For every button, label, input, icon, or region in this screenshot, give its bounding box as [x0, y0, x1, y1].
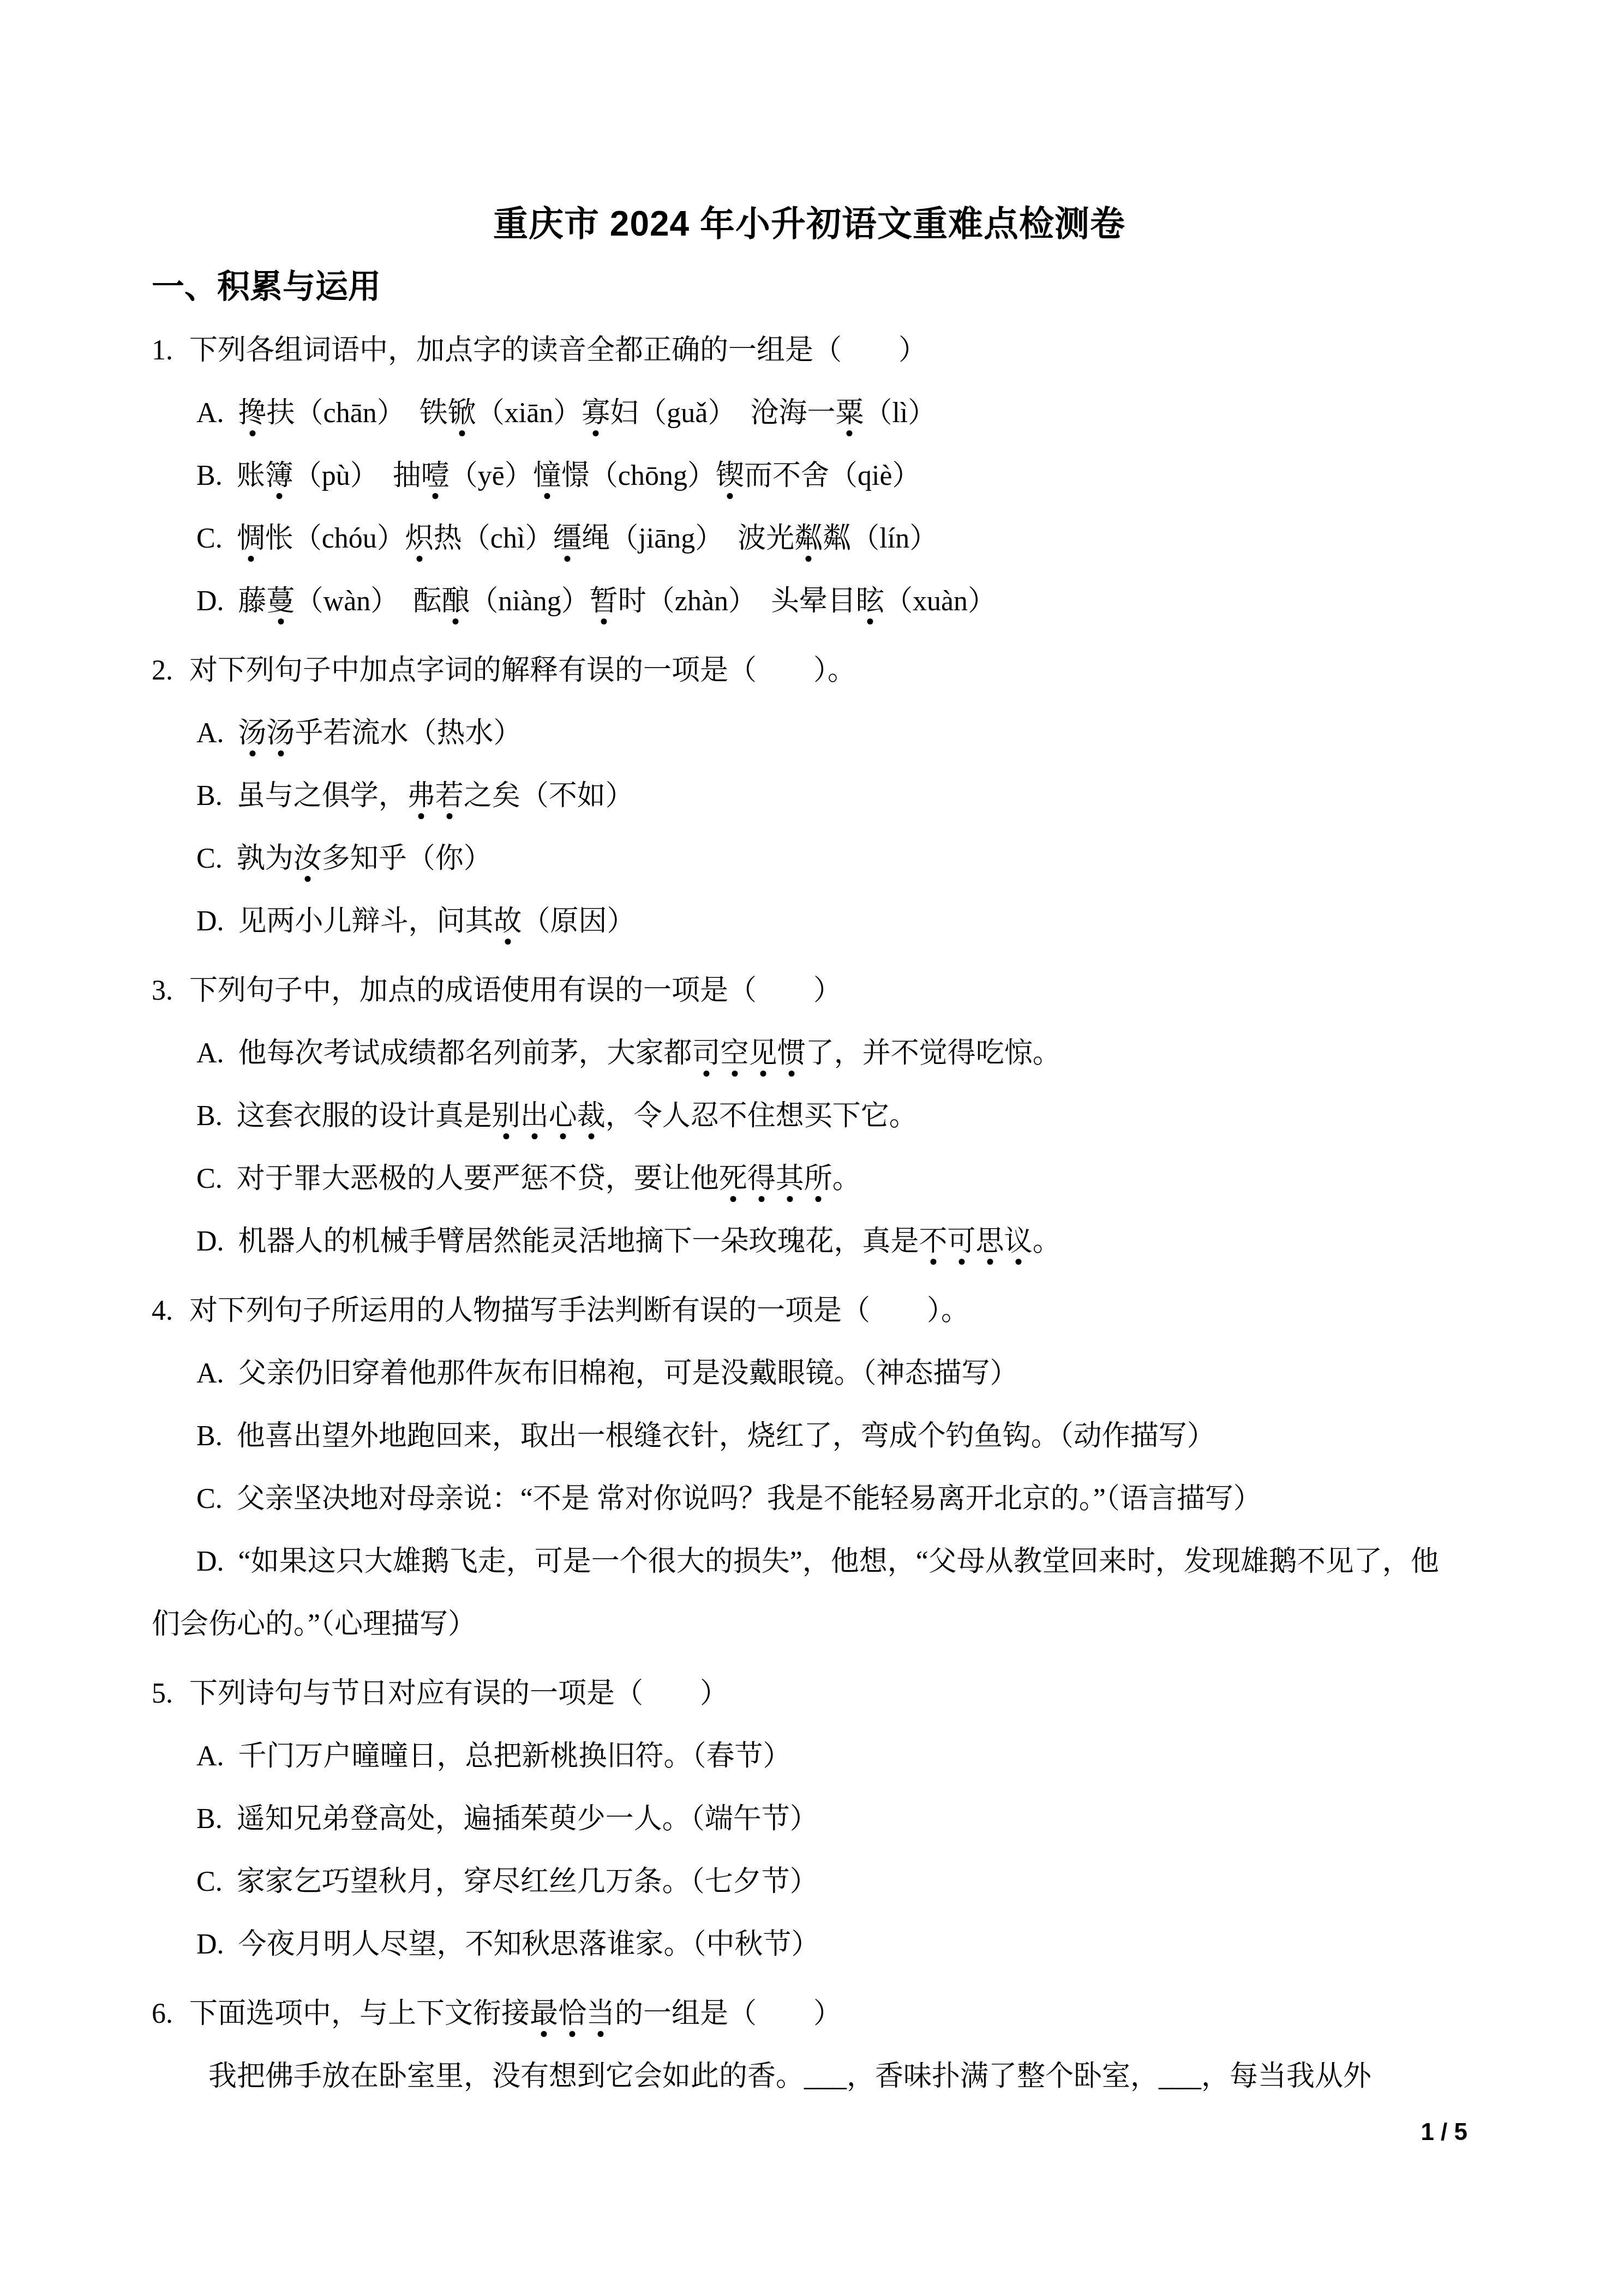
text-segment: 虽与之俱学，: [237, 780, 407, 812]
option-label: C.: [196, 1866, 223, 1897]
question-stem: 2.对下列句子中加点字词的解释有误的一项是（ ）。: [152, 639, 1467, 702]
question-stem: 5.下列诗句与节日对应有误的一项是（ ）: [152, 1662, 1467, 1725]
option-text: 藤蔓（wàn） 酝酿（niàng）暂时（zhàn） 头晕目眩（xuàn）: [238, 586, 997, 617]
option-text: “如果这只大雄鹅飞走，可是一个很大的损失”，他想，“父母从教堂回来时，发现雄鹅不…: [152, 1546, 1439, 1640]
option-text: 遥知兄弟登高处，遍插茱萸少一人。（端午节）: [237, 1804, 818, 1835]
text-segment: 对下列句子所运用的人物描写手法判断有误的一项是（ ）。: [189, 1295, 969, 1326]
text-segment: 下列句子中，加点的成语使用有误的一项是（ ）: [189, 975, 842, 1006]
emphasized-char: 思: [976, 1226, 1004, 1257]
text-segment: 父亲仍旧穿着他那件灰布旧棉袍，可是没戴眼镜。（神态描写）: [238, 1358, 1018, 1389]
question-number: 1.: [152, 335, 173, 366]
emphasized-char: 最: [530, 1998, 558, 2029]
question-block: 5.下列诗句与节日对应有误的一项是（ ） A.千门万户曈曈日，总把新桃换旧符。（…: [152, 1662, 1467, 1976]
emphasized-char: 其: [776, 1163, 804, 1194]
text-segment: 时（zhàn） 头晕目: [618, 586, 856, 617]
text-segment: 遥知兄弟登高处，遍插茱萸少一人。（端午节）: [237, 1804, 818, 1835]
question-block: 2.对下列句子中加点字词的解释有误的一项是（ ）。 A.汤汤乎若流水（热水）B.…: [152, 639, 1467, 953]
option-label: D.: [196, 1226, 224, 1257]
option-text: 父亲坚决地对母亲说：“不是 常对你说吗？我是不能轻易离开北京的。”（语言描写）: [237, 1483, 1262, 1514]
emphasized-char: 蔓: [267, 586, 295, 617]
text-segment: （xiān）: [476, 398, 582, 429]
option-label: C.: [196, 1163, 223, 1194]
text-segment: 家家乞巧望秋月，穿尽红丝几万条。（七夕节）: [237, 1866, 818, 1897]
emphasized-char: 眩: [856, 586, 884, 617]
question-number: 6.: [152, 1998, 173, 2029]
text-segment: ，令人忍不住想买下它。: [606, 1101, 918, 1132]
option-row: B.这套衣服的设计真是别出心裁，令人忍不住想买下它。: [152, 1085, 1467, 1147]
option-label: B.: [196, 780, 223, 812]
option-label: B.: [196, 1804, 223, 1835]
question-stem: 1.下列各组词语中，加点字的读音全都正确的一组是（ ）: [152, 319, 1467, 382]
option-label: B.: [196, 1101, 223, 1132]
option-row: A.千门万户曈曈日，总把新桃换旧符。（春节）: [152, 1725, 1467, 1788]
option-label: C.: [196, 523, 223, 554]
text-segment: 了，并不觉得吃惊。: [806, 1038, 1061, 1069]
option-row: C.家家乞巧望秋月，穿尽红丝几万条。（七夕节）: [152, 1850, 1467, 1913]
emphasized-char: 得: [747, 1163, 776, 1194]
text-segment: 机器人的机械手臂居然能灵活地摘下一朵玫瑰花，真是: [238, 1226, 919, 1257]
text-segment: 之矣（不如）: [464, 780, 634, 812]
question-stem: 3.下列句子中，加点的成语使用有误的一项是（ ）: [152, 959, 1467, 1022]
options-list: A.千门万户曈曈日，总把新桃换旧符。（春节）B.遥知兄弟登高处，遍插茱萸少一人。…: [152, 1725, 1467, 1976]
option-row: C.对于罪大恶极的人要严惩不贷，要让他死得其所。: [152, 1147, 1467, 1210]
question-number: 2.: [152, 655, 173, 686]
text-segment: 这套衣服的设计真是: [237, 1101, 492, 1132]
options-list: A.父亲仍旧穿着他那件灰布旧棉袍，可是没戴眼镜。（神态描写）B.他喜出望外地跑回…: [152, 1342, 1467, 1656]
emphasized-char: 汝: [293, 843, 322, 874]
text-segment: 见两小儿辩斗，问其: [238, 906, 494, 937]
question-block: 6.下面选项中，与上下文衔接最恰当的一组是（ ） 我把佛手放在卧室里，没有想到它…: [152, 1982, 1467, 2108]
text-segment: 账: [237, 460, 265, 491]
text-segment: （xuàn）: [884, 586, 996, 617]
option-text: 千门万户曈曈日，总把新桃换旧符。（春节）: [238, 1741, 792, 1772]
option-row: D.机器人的机械手臂居然能灵活地摘下一朵玫瑰花，真是不可思议。: [152, 1210, 1467, 1273]
options-list: A.他每次考试成绩都名列前茅，大家都司空见惯了，并不觉得吃惊。B.这套衣服的设计…: [152, 1022, 1467, 1273]
emphasized-char: 粼: [794, 523, 823, 554]
document-page: 重庆市 2024 年小升初语文重难点检测卷 一、积累与运用 1.下列各组词语中，…: [0, 0, 1624, 2296]
option-row: C.父亲坚决地对母亲说：“不是 常对你说吗？我是不能轻易离开北京的。”（语言描写…: [152, 1468, 1467, 1530]
option-row: C.惆怅（chóu）炽热（chì）缰绳（jiāng） 波光粼粼（lín）: [152, 507, 1467, 570]
option-label: A.: [196, 398, 224, 429]
emphasized-char: 议: [1004, 1226, 1033, 1257]
question-block: 1.下列各组词语中，加点字的读音全都正确的一组是（ ） A.搀扶（chān） 铁…: [152, 319, 1467, 633]
option-text: 汤汤乎若流水（热水）: [238, 718, 522, 749]
emphasized-char: 出: [520, 1101, 549, 1132]
text-segment: 粼（lín）: [823, 523, 938, 554]
question-number: 3.: [152, 975, 173, 1006]
option-row: D.藤蔓（wàn） 酝酿（niàng）暂时（zhàn） 头晕目眩（xuàn）: [152, 570, 1467, 633]
text-segment: 下面选项中，与上下文衔接: [189, 1998, 530, 2029]
question-stem-text: 下列诗句与节日对应有误的一项是（ ）: [189, 1678, 728, 1709]
emphasized-char: 炽: [405, 523, 434, 554]
text-segment: 扶（chān） 铁: [267, 398, 448, 429]
option-text: 他喜出望外地跑回来，取出一根缝衣针，烧红了，弯成个钓鱼钩。（动作描写）: [237, 1421, 1215, 1452]
text-segment: （lì）: [864, 398, 936, 429]
option-text: 今夜月明人尽望，不知秋思落谁家。（中秋节）: [238, 1929, 820, 1960]
option-row: D.“如果这只大雄鹅飞走，可是一个很大的损失”，他想，“父母从教堂回来时，发现雄…: [152, 1530, 1467, 1656]
context-paragraph: 我把佛手放在卧室里，没有想到它会如此的香。___，香味扑满了整个卧室，___，每…: [152, 2045, 1467, 2108]
text-segment: “如果这只大雄鹅飞走，可是一个很大的损失”，他想，“父母从教堂回来时，发现雄鹅不…: [152, 1546, 1439, 1640]
option-label: B.: [196, 1421, 223, 1452]
option-text: 虽与之俱学，弗若之矣（不如）: [237, 780, 634, 812]
page-title: 重庆市 2024 年小升初语文重难点检测卷: [152, 201, 1467, 247]
option-text: 见两小儿辩斗，问其故（原因）: [238, 906, 636, 937]
emphasized-char: 心: [549, 1101, 577, 1132]
option-text: 父亲仍旧穿着他那件灰布旧棉袍，可是没戴眼镜。（神态描写）: [238, 1358, 1018, 1389]
option-label: D.: [196, 906, 224, 937]
question-stem-text: 下面选项中，与上下文衔接最恰当的一组是（ ）: [189, 1998, 842, 2029]
emphasized-char: 锲: [716, 460, 744, 491]
question-block: 4.对下列句子所运用的人物描写手法判断有误的一项是（ ）。 A.父亲仍旧穿着他那…: [152, 1279, 1467, 1656]
text-segment: 对下列句子中加点字词的解释有误的一项是（ ）。: [189, 655, 856, 686]
emphasized-char: 可: [948, 1226, 976, 1257]
text-segment: （wàn） 酝: [295, 586, 442, 617]
option-row: B.他喜出望外地跑回来，取出一根缝衣针，烧红了，弯成个钓鱼钩。（动作描写）: [152, 1405, 1467, 1468]
emphasized-char: 见: [749, 1038, 777, 1069]
text-segment: 我把佛手放在卧室里，没有想到它会如此的香。___，香味扑满了整个卧室，___，每…: [208, 2061, 1371, 2092]
emphasized-char: 不: [919, 1226, 948, 1257]
option-row: D.今夜月明人尽望，不知秋思落谁家。（中秋节）: [152, 1913, 1467, 1976]
option-row: B.虽与之俱学，弗若之矣（不如）: [152, 765, 1467, 827]
emphasized-char: 憧: [533, 460, 561, 491]
question-stem-text: 对下列句子所运用的人物描写手法判断有误的一项是（ ）。: [189, 1295, 969, 1326]
emphasized-char: 恰: [558, 1998, 586, 2029]
emphasized-char: 簿: [265, 460, 293, 491]
text-segment: 而不舍（qiè）: [744, 460, 921, 491]
text-segment: 的一组是（ ）: [615, 1998, 842, 2029]
option-label: A.: [196, 1038, 224, 1069]
emphasized-char: 酿: [441, 586, 470, 617]
option-row: A.他每次考试成绩都名列前茅，大家都司空见惯了，并不觉得吃惊。: [152, 1022, 1467, 1085]
options-list: A.汤汤乎若流水（热水）B.虽与之俱学，弗若之矣（不如）C.孰为汝多知乎（你）D…: [152, 702, 1467, 953]
emphasized-char: 司: [692, 1038, 721, 1069]
question-stem: 4.对下列句子所运用的人物描写手法判断有误的一项是（ ）。: [152, 1279, 1467, 1342]
option-label: A.: [196, 1741, 224, 1772]
emphasized-char: 弗: [407, 780, 435, 812]
text-segment: 。: [832, 1163, 861, 1194]
option-text: 惆怅（chóu）炽热（chì）缰绳（jiāng） 波光粼粼（lín）: [237, 523, 938, 554]
text-segment: 乎若流水（热水）: [295, 718, 522, 749]
option-label: B.: [196, 460, 223, 491]
option-row: B.账簿（pù） 抽噎（yē）憧憬（chōng）锲而不舍（qiè）: [152, 444, 1467, 507]
option-label: A.: [196, 1358, 224, 1389]
text-segment: 怅（chóu）: [265, 523, 405, 554]
option-row: D.见两小儿辩斗，问其故（原因）: [152, 890, 1467, 953]
text-segment: 。: [1033, 1226, 1061, 1257]
emphasized-char: 故: [494, 906, 522, 937]
option-row: A.搀扶（chān） 铁锨（xiān）寡妇（guǎ） 沧海一粟（lì）: [152, 382, 1467, 444]
emphasized-char: 噎: [421, 460, 450, 491]
section-heading: 一、积累与运用: [152, 262, 1467, 312]
option-text: 机器人的机械手臂居然能灵活地摘下一朵玫瑰花，真是不可思议。: [238, 1226, 1061, 1257]
emphasized-char: 死: [719, 1163, 747, 1194]
option-row: C.孰为汝多知乎（你）: [152, 827, 1467, 890]
emphasized-char: 所: [804, 1163, 832, 1194]
text-segment: 下列诗句与节日对应有误的一项是（ ）: [189, 1678, 728, 1709]
text-segment: 他每次考试成绩都名列前茅，大家都: [238, 1038, 692, 1069]
options-list: A.搀扶（chān） 铁锨（xiān）寡妇（guǎ） 沧海一粟（lì）B.账簿（…: [152, 382, 1467, 633]
emphasized-char: 搀: [238, 398, 267, 429]
emphasized-char: 空: [721, 1038, 749, 1069]
option-text: 这套衣服的设计真是别出心裁，令人忍不住想买下它。: [237, 1101, 918, 1132]
option-row: A.汤汤乎若流水（热水）: [152, 702, 1467, 765]
text-segment: 妇（guǎ） 沧海一: [610, 398, 835, 429]
questions-list: 1.下列各组词语中，加点字的读音全都正确的一组是（ ） A.搀扶（chān） 铁…: [152, 319, 1467, 2108]
emphasized-char: 暂: [590, 586, 618, 617]
text-segment: （niàng）: [470, 586, 590, 617]
text-segment: 孰为: [237, 843, 293, 874]
page-number: 1 / 5: [1421, 2116, 1467, 2149]
question-block: 3.下列句子中，加点的成语使用有误的一项是（ ） A.他每次考试成绩都名列前茅，…: [152, 959, 1467, 1273]
emphasized-char: 裁: [577, 1101, 606, 1132]
text-segment: 下列各组词语中，加点字的读音全都正确的一组是（ ）: [189, 335, 927, 366]
option-text: 孰为汝多知乎（你）: [237, 843, 492, 874]
text-segment: 今夜月明人尽望，不知秋思落谁家。（中秋节）: [238, 1929, 820, 1960]
option-text: 搀扶（chān） 铁锨（xiān）寡妇（guǎ） 沧海一粟（lì）: [238, 398, 937, 429]
option-label: C.: [196, 843, 223, 874]
text-segment: （yē）: [450, 460, 533, 491]
option-label: C.: [196, 1483, 223, 1514]
text-segment: 憬（chōng）: [561, 460, 716, 491]
text-segment: （原因）: [522, 906, 636, 937]
question-stem-text: 对下列句子中加点字词的解释有误的一项是（ ）。: [189, 655, 856, 686]
question-stem: 6.下面选项中，与上下文衔接最恰当的一组是（ ）: [152, 1982, 1467, 2045]
text-segment: 多知乎（你）: [322, 843, 492, 874]
emphasized-char: 惯: [777, 1038, 806, 1069]
text-segment: 藤: [238, 586, 267, 617]
text-segment: 父亲坚决地对母亲说：“不是 常对你说吗？我是不能轻易离开北京的。”（语言描写）: [237, 1483, 1262, 1514]
option-label: A.: [196, 718, 224, 749]
emphasized-char: 寡: [582, 398, 610, 429]
option-label: D.: [196, 586, 224, 617]
option-row: A.父亲仍旧穿着他那件灰布旧棉袍，可是没戴眼镜。（神态描写）: [152, 1342, 1467, 1405]
emphasized-char: 汤: [267, 718, 295, 749]
question-number: 4.: [152, 1295, 173, 1326]
option-label: D.: [196, 1546, 224, 1577]
question-stem-text: 下列句子中，加点的成语使用有误的一项是（ ）: [189, 975, 842, 1006]
text-segment: 对于罪大恶极的人要严惩不贷，要让他: [237, 1163, 719, 1194]
option-label: D.: [196, 1929, 224, 1960]
emphasized-char: 锨: [448, 398, 476, 429]
text-segment: （pù） 抽: [293, 460, 421, 491]
text-segment: 热（chì）: [434, 523, 554, 554]
option-text: 家家乞巧望秋月，穿尽红丝几万条。（七夕节）: [237, 1866, 818, 1897]
text-segment: 千门万户曈曈日，总把新桃换旧符。（春节）: [238, 1741, 792, 1772]
emphasized-char: 汤: [238, 718, 267, 749]
emphasized-char: 缰: [553, 523, 582, 554]
emphasized-char: 当: [586, 1998, 615, 2029]
emphasized-char: 粟: [835, 398, 864, 429]
option-text: 账簿（pù） 抽噎（yē）憧憬（chōng）锲而不舍（qiè）: [237, 460, 921, 491]
option-text: 他每次考试成绩都名列前茅，大家都司空见惯了，并不觉得吃惊。: [238, 1038, 1061, 1069]
question-number: 5.: [152, 1678, 173, 1709]
emphasized-char: 惆: [237, 523, 265, 554]
option-text: 对于罪大恶极的人要严惩不贷，要让他死得其所。: [237, 1163, 861, 1194]
emphasized-char: 若: [435, 780, 464, 812]
question-stem-text: 下列各组词语中，加点字的读音全都正确的一组是（ ）: [189, 335, 927, 366]
option-row: B.遥知兄弟登高处，遍插茱萸少一人。（端午节）: [152, 1788, 1467, 1850]
emphasized-char: 别: [492, 1101, 520, 1132]
text-segment: 他喜出望外地跑回来，取出一根缝衣针，烧红了，弯成个钓鱼钩。（动作描写）: [237, 1421, 1215, 1452]
text-segment: 绳（jiāng） 波光: [582, 523, 794, 554]
